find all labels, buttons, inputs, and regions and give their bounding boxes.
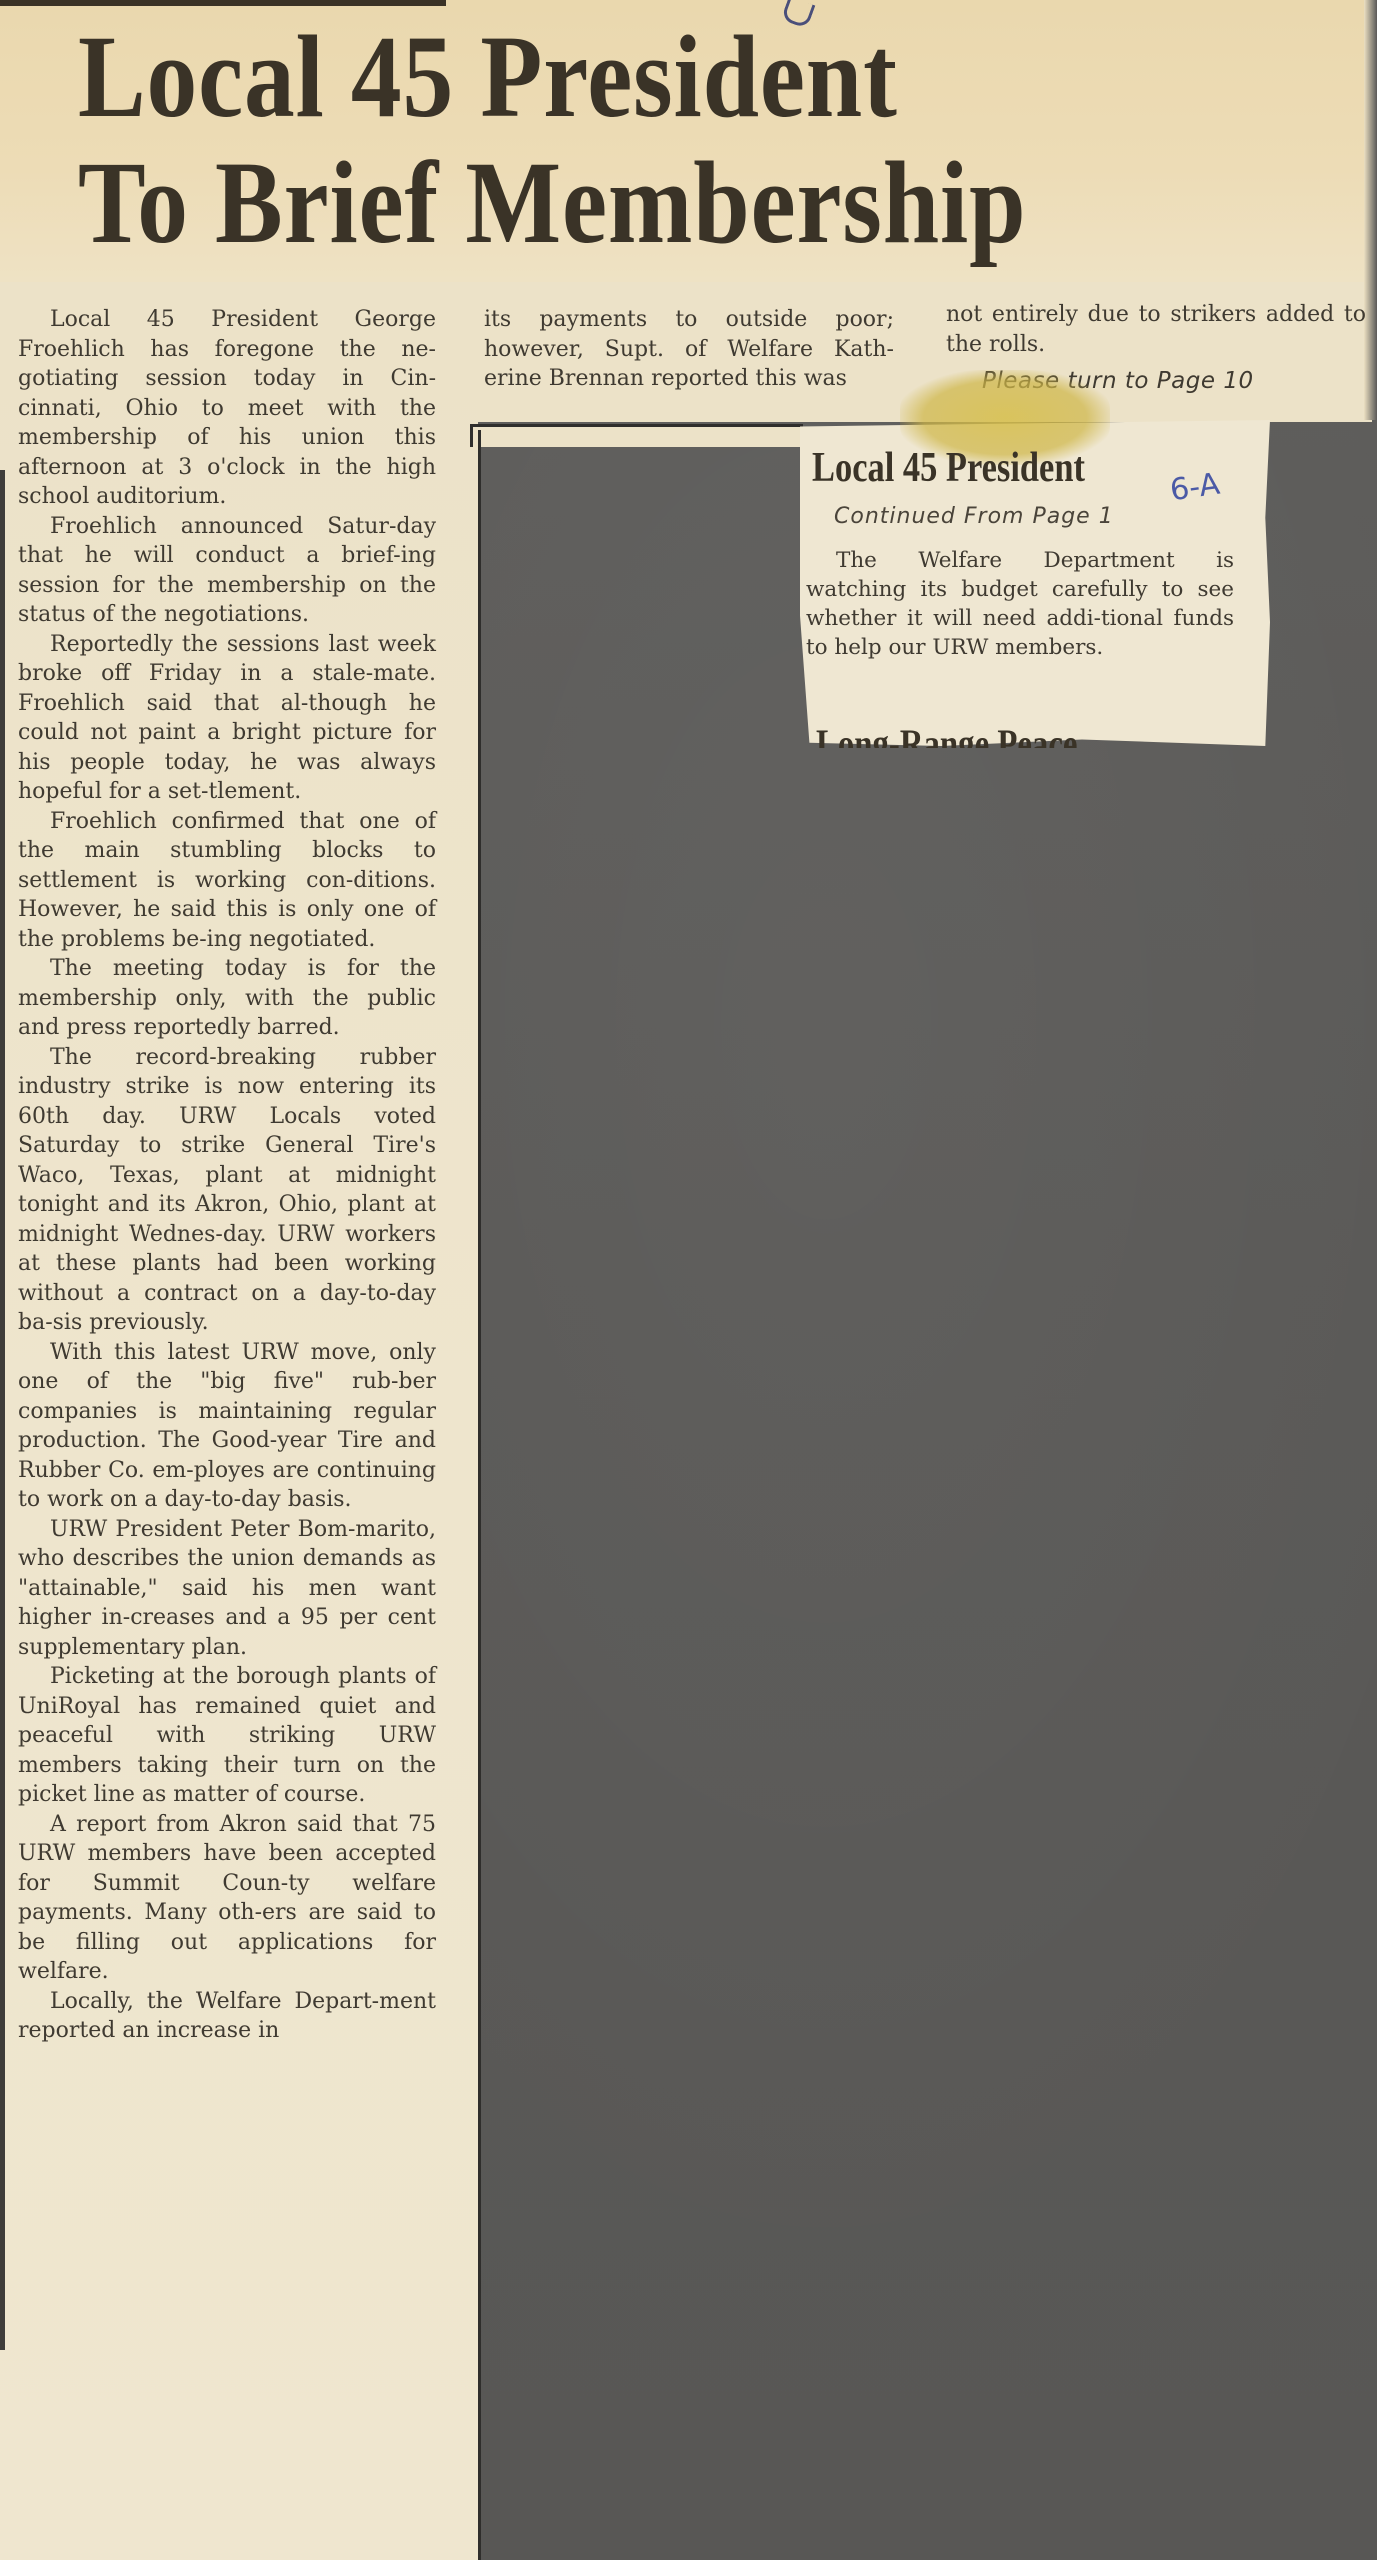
headline-line-1: Local 45 President (78, 14, 1187, 140)
next-headline-partial: Long-Range Peace (816, 720, 1077, 748)
paragraph: Local 45 President George Froehlich has … (18, 305, 436, 512)
paragraph: not entirely due to strikers added to th… (946, 300, 1366, 359)
paragraph: Reportedly the sessions last week broke … (18, 630, 436, 807)
article-column-2: its payments to outside poor; however, S… (484, 305, 894, 394)
paragraph: Froehlich announced Satur-day that he wi… (18, 512, 436, 630)
paragraph: A report from Akron said that 75 URW mem… (18, 1810, 436, 1987)
continued-from-label: Continued From Page 1 (834, 504, 1114, 529)
headline-line-2: To Brief Membership (78, 140, 1187, 266)
paragraph: The Welfare Department is watching its b… (806, 546, 1234, 662)
article-column-3: not entirely due to strikers added to th… (946, 300, 1366, 359)
paragraph: Picketing at the borough plants of UniRo… (18, 1662, 436, 1810)
column-edge-shadow (478, 430, 481, 2560)
top-rule (0, 0, 446, 6)
article-column-1: Local 45 President George Froehlich has … (18, 305, 436, 2046)
left-edge-shadow (0, 470, 5, 2350)
cutout-frame (470, 424, 803, 447)
paragraph: The record-breaking rubber industry stri… (18, 1043, 436, 1338)
paragraph: URW President Peter Bom-marito, who desc… (18, 1515, 436, 1663)
handwritten-page-note: 6-A (1168, 467, 1222, 509)
paragraph: With this latest URW move, only one of t… (18, 1338, 436, 1515)
paragraph: Locally, the Welfare Depart-ment reporte… (18, 1987, 436, 2046)
paragraph: Froehlich confirmed that one of the main… (18, 807, 436, 955)
continuation-title: Local 45 President (812, 444, 1085, 492)
headline: Local 45 President To Brief Membership (78, 14, 1187, 266)
paragraph: The meeting today is for the membership … (18, 954, 436, 1043)
continuation-body: The Welfare Department is watching its b… (806, 546, 1234, 662)
paragraph: its payments to outside poor; however, S… (484, 305, 894, 394)
